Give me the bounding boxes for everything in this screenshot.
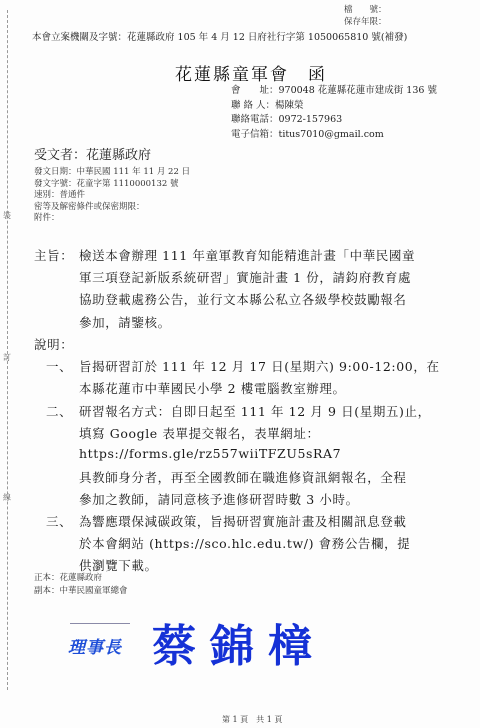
attachment-label: 附件： (34, 213, 190, 225)
registration-form-link[interactable]: https://forms.gle/rz557wiiTFZU5sRA7 (79, 446, 341, 461)
signature-title: 理事長 (68, 633, 122, 658)
original-recipient: 正本：花蓮縣政府 (34, 573, 102, 585)
contact-person: 聯 絡 人：楊陳榮 (231, 99, 437, 114)
subject-line-3: 協助登載處務公告，並行文本縣公私立各級學校鼓勵報名 (79, 290, 407, 308)
item-1-number: 一、 (46, 357, 72, 375)
copy-recipient: 副本：中華民國童軍總會 (34, 586, 128, 598)
signature-name: 蔡錦樟 (152, 610, 326, 674)
item-3-line-1: 為響應環保減碳政策，旨揭研習實施計畫及相關訊息登載 (79, 512, 407, 530)
item-2-line-4: 具教師身分者，再至全國教師在職進修資訊網報名，全程 (79, 468, 407, 486)
page-number: 第 1 頁 共 1 頁 (222, 714, 282, 725)
item-3-line-3: 供瀏覽下載。 (79, 556, 158, 574)
subject-line-1: 檢送本會辦理 111 年童軍教育知能精進計畫「中華民國童 (79, 246, 415, 264)
document-number: 發文字號：花童字第 1110000132 號 (34, 179, 190, 191)
item-1-line-1: 旨揭研習訂於 111 年 12 月 17 日(星期六) 9:00-12:00，在 (79, 357, 440, 375)
contact-block: 會 址：970048 花蓮縣花蓮市建成街 136 號 聯 絡 人：楊陳榮 聯絡電… (231, 84, 437, 142)
contact-address: 會 址：970048 花蓮縣花蓮市建成街 136 號 (231, 84, 437, 99)
retention-label: 保存年限： (344, 15, 387, 27)
item-2-line-1: 研習報名方式：自即日起至 111 年 12 月 9 日(星期五)止， (79, 402, 431, 420)
subject-line-2: 軍三項登記新版系統研習」實施計畫 1 份，請鈞府教育處 (79, 268, 411, 286)
item-3-number: 三、 (46, 512, 72, 530)
explanation-label: 說明： (34, 335, 73, 353)
subject-line-4: 參加，請鑒核。 (79, 313, 171, 331)
file-number-label: 檔 號： (344, 3, 387, 15)
signature-underline (70, 623, 130, 624)
subject-label: 主旨： (34, 246, 73, 264)
secrecy-level: 密等及解密條件或保密期限： (34, 202, 190, 214)
margin-mark-bind: 裝 (3, 210, 11, 221)
margin-mark-line: 線 (3, 492, 11, 503)
contact-email: 電子信箱：titus7010@gmail.com (231, 128, 437, 143)
issue-date: 發文日期：中華民國 111 年 11 月 22 日 (34, 167, 190, 179)
item-2-line-5: 參加之教師，請同意核予進修研習時數 3 小時。 (79, 490, 359, 508)
item-1-line-2: 本縣花蓮市中華國民小學 2 樓電腦教室辦理。 (79, 379, 346, 397)
item-3-line-2: 於本會網站 (https://sco.hlc.edu.tw/) 會務公告欄，提 (79, 534, 410, 552)
recipient: 受文者：花蓮縣政府 (34, 144, 151, 163)
contact-phone: 聯絡電話：0972-157963 (231, 113, 437, 128)
document-meta: 發文日期：中華民國 111 年 11 月 22 日 發文字號：花童字第 1110… (34, 167, 190, 225)
item-2-line-2: 填寫 Google 表單提交報名，表單網址： (79, 424, 320, 442)
speed-class: 速別：普通件 (34, 190, 190, 202)
registration-info: 本會立案機關及字號：花蓮縣政府 105 年 4 月 12 日府社行字第 1050… (32, 29, 407, 43)
document-title: 花蓮縣童軍會 函 (175, 60, 327, 85)
binding-line (7, 10, 8, 690)
margin-mark-staple: 訂 (3, 352, 11, 363)
item-2-number: 二、 (46, 402, 72, 420)
